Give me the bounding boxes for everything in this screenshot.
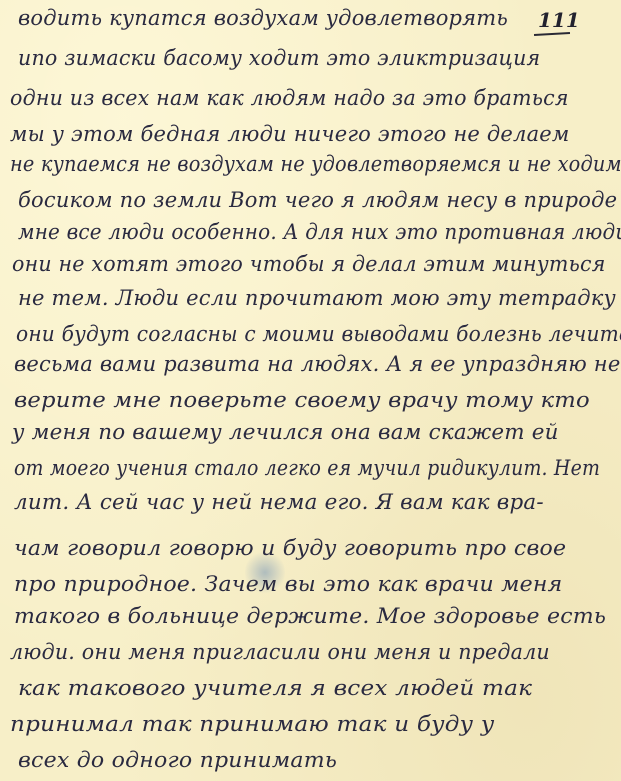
manuscript-line: мне все люди особенно. А для них это про… [18, 220, 621, 244]
manuscript-line: они будут согласны с моими выводами боле… [16, 322, 621, 346]
manuscript-line: всех до одного принимать [18, 748, 337, 772]
manuscript-line: весьма вами развита на людях. А я ее упр… [14, 352, 620, 376]
manuscript-line: у меня по вашему лечился она вам скажет … [12, 420, 559, 444]
manuscript-line: они не хотят этого чтобы я делал этим ми… [12, 252, 606, 276]
manuscript-line: такого в больнице держите. Мое здоровье … [14, 604, 606, 628]
manuscript-line: люди. они меня пригласили они меня и пре… [10, 640, 550, 664]
manuscript-line: от моего учения стало легко ея мучил рид… [14, 456, 600, 480]
manuscript-line: про природное. Зачем вы это как врачи ме… [14, 572, 562, 596]
page-number: 111 [538, 8, 580, 32]
manuscript-line: мы у этом бедная люди ничего этого не де… [10, 122, 570, 146]
manuscript-line: верите мне поверьте своему врачу тому кт… [14, 388, 590, 412]
manuscript-line: чам говорил говорю и буду говорить про с… [14, 536, 566, 560]
manuscript-line: одни из всех нам как людям надо за это б… [10, 86, 569, 110]
manuscript-page: 111 водить купатся воздухам удовлетворят… [0, 0, 621, 781]
manuscript-line: как такового учителя я всех людей так [18, 676, 532, 700]
manuscript-line: лит. А сей час у ней нема его. Я вам как… [14, 490, 544, 514]
page-number-underline [534, 32, 570, 36]
manuscript-line: водить купатся воздухам удовлетворять [18, 6, 508, 30]
manuscript-line: не купаемся не воздухам не удовлетворяем… [10, 152, 621, 176]
manuscript-line: принимал так принимаю так и буду у [10, 712, 494, 736]
manuscript-line: ипо зимаски басому ходит это эликтризаци… [18, 46, 540, 70]
manuscript-line: босиком по земли Вот чего я людям несу в… [18, 188, 621, 212]
manuscript-line: не тем. Люди если прочитают мою эту тетр… [18, 286, 616, 310]
